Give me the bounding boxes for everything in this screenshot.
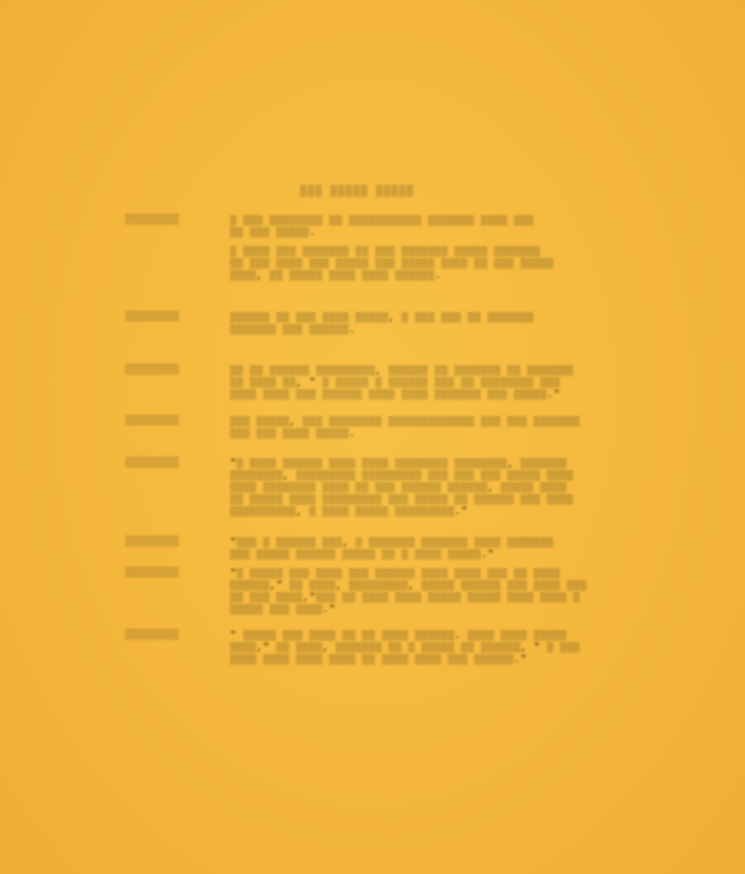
- entry-label: ▒▒▒▒▒▒▒▒▒: [125, 312, 220, 323]
- entry-label: ▒▒▒▒▒▒▒▒▒: [125, 630, 220, 641]
- entry-label: ▒▒▒▒▒▒▒▒▒: [125, 215, 220, 226]
- text-line: ▒▒▒ ▒▒▒▒▒, ▒▒▒ ▒▒▒▒▒▒▒▒ ▒▒▒▒▒▒▒▒▒▒▒▒▒ ▒▒…: [230, 416, 630, 428]
- text-line: "▒ ▒▒▒▒▒ ▒▒▒ ▒▒▒▒ ▒▒▒ ▒▒▒▒▒▒ ▒▒▒▒ ▒▒▒▒ ▒…: [230, 568, 630, 580]
- text-line: ▒▒▒▒ ▒▒▒▒ ▒▒▒ ▒▒▒▒▒▒ ▒▒▒▒ ▒▒▒▒ ▒▒▒▒▒▒▒ ▒…: [230, 389, 630, 401]
- text-line: ▒▒ ▒▒▒▒▒ ▒▒▒▒ ▒▒▒▒▒▒▒▒▒ ▒▒▒ ▒▒▒▒▒ ▒▒ ▒▒▒…: [230, 494, 630, 506]
- document-title: ▒▒▒ ▒▒▒▒▒ ▒▒▒▒▒: [300, 186, 414, 198]
- text-line: ▒▒▒▒ ▒▒▒▒▒▒▒▒ ▒▒▒▒ ▒▒ ▒▒▒ ▒▒▒▒▒▒ ▒▒▒▒▒▒,…: [230, 482, 630, 494]
- text-line: ▒▒▒▒, ▒▒ ▒▒▒▒▒ ▒▒▒▒ ▒▒▒▒ ▒▒▒▒▒▒.: [230, 270, 630, 282]
- text-line: ▒▒▒▒," ▒▒ ▒▒▒▒, ▒▒▒▒▒▒▒ ▒▒ ▒ ▒▒▒▒▒ ▒▒ ▒▒…: [230, 642, 630, 654]
- text-line: ▒▒▒▒▒▒▒ ▒▒▒ ▒▒▒▒▒▒.: [230, 324, 630, 336]
- text-line: ▒ ▒▒▒▒ ▒▒▒ ▒▒▒▒▒▒▒ ▒▒ ▒▒▒ ▒▒▒▒▒▒▒ ▒▒▒▒▒ …: [230, 246, 630, 258]
- text-line: ▒▒ ▒▒ ▒▒▒▒▒▒ ▒▒▒▒▒▒▒▒▒, ▒▒▒▒▒▒ ▒▒ ▒▒▒▒▒▒…: [230, 365, 630, 377]
- text-line: ▒▒▒▒▒▒▒▒, ▒▒▒▒▒▒▒▒▒ ▒▒▒▒▒▒▒▒▒ ▒▒▒ ▒▒▒ ▒▒…: [230, 470, 630, 482]
- text-line: ▒▒▒ ▒▒▒▒▒ ▒▒▒▒▒▒ ▒▒▒▒▒ ▒▒ ▒ ▒▒▒▒ ▒▒▒▒▒.": [230, 549, 630, 561]
- text-line: "▒▒▒ ▒ ▒▒▒▒▒▒ ▒▒▒, ▒ ▒▒▒▒▒▒▒ ▒▒▒▒▒▒▒ ▒▒▒…: [230, 537, 630, 549]
- entry-text: "▒ ▒▒▒▒▒ ▒▒▒ ▒▒▒▒ ▒▒▒ ▒▒▒▒▒▒ ▒▒▒▒ ▒▒▒▒ ▒…: [230, 568, 630, 616]
- text-line: ▒▒▒▒▒▒," ▒▒ ▒▒▒▒, ▒▒▒▒▒▒▒▒▒, ▒▒▒▒▒ ▒▒▒▒▒…: [230, 580, 630, 592]
- text-line: ▒▒ ▒▒▒ ▒▒▒▒,"▒▒▒ ▒▒ ▒▒▒▒ ▒▒▒▒ ▒▒▒▒▒ ▒▒▒▒…: [230, 592, 630, 604]
- text-line: ▒ ▒▒▒ ▒▒▒▒▒▒▒▒ ▒▒ ▒▒▒▒▒▒▒▒▒▒▒ ▒▒▒▒▒▒▒ ▒▒…: [230, 215, 630, 227]
- text-line: ▒▒▒▒ ▒▒▒▒ ▒▒▒▒ ▒▒▒▒ ▒▒ ▒▒▒▒ ▒▒▒▒ ▒▒▒ ▒▒▒…: [230, 654, 630, 666]
- text-line: ▒▒ ▒▒▒▒ ▒▒, " ▒ ▒▒▒▒▒ ▒ ▒▒▒▒▒▒ ▒▒▒ ▒▒ ▒▒…: [230, 377, 630, 389]
- text-line: "▒ ▒▒▒▒ ▒▒▒▒▒▒ ▒▒▒▒ ▒▒▒▒ ▒▒▒▒▒▒▒▒ ▒▒▒▒▒▒…: [230, 458, 630, 470]
- entry-text: " ▒▒▒▒▒ ▒▒▒ ▒▒▒▒ ▒▒ ▒▒ ▒▒▒▒ ▒▒▒▒▒▒. ▒▒▒▒…: [230, 630, 630, 666]
- text-line: ▒▒▒▒▒ ▒▒▒ ▒▒▒▒.": [230, 604, 630, 616]
- text-line: ▒▒ ▒▒▒ ▒▒▒▒▒.: [230, 227, 630, 239]
- text-line: ▒▒ ▒▒▒ ▒▒▒▒ ▒▒▒ ▒▒▒▒▒ ▒▒▒ ▒▒▒▒▒ ▒▒▒▒ ▒▒ …: [230, 258, 630, 270]
- entry-label: ▒▒▒▒▒▒▒▒▒: [125, 365, 220, 376]
- text-line: ▒▒▒ ▒▒▒ ▒▒▒▒ ▒▒▒▒▒.: [230, 428, 630, 440]
- entry-text: "▒▒▒ ▒ ▒▒▒▒▒▒ ▒▒▒, ▒ ▒▒▒▒▒▒▒ ▒▒▒▒▒▒▒ ▒▒▒…: [230, 537, 630, 561]
- entry-text: ▒▒▒ ▒▒▒▒▒, ▒▒▒ ▒▒▒▒▒▒▒▒ ▒▒▒▒▒▒▒▒▒▒▒▒▒ ▒▒…: [230, 416, 630, 440]
- entry-text: "▒ ▒▒▒▒ ▒▒▒▒▒▒ ▒▒▒▒ ▒▒▒▒ ▒▒▒▒▒▒▒▒ ▒▒▒▒▒▒…: [230, 458, 630, 518]
- entry-label: ▒▒▒▒▒▒▒▒▒: [125, 537, 220, 548]
- entry-text: ▒ ▒▒▒ ▒▒▒▒▒▒▒▒ ▒▒ ▒▒▒▒▒▒▒▒▒▒▒ ▒▒▒▒▒▒▒ ▒▒…: [230, 215, 630, 282]
- text-line: ▒▒▒▒▒▒▒▒▒▒, ▒ ▒▒▒▒ ▒▒▒▒▒ ▒▒▒▒▒▒▒▒▒.": [230, 506, 630, 518]
- text-line: " ▒▒▒▒▒ ▒▒▒ ▒▒▒▒ ▒▒ ▒▒ ▒▒▒▒ ▒▒▒▒▒▒. ▒▒▒▒…: [230, 630, 630, 642]
- entry-text: ▒▒▒▒▒▒ ▒▒ ▒▒▒ ▒▒▒▒ ▒▒▒▒▒, ▒ ▒▒▒ ▒▒▒ ▒▒ ▒…: [230, 312, 630, 336]
- typewritten-page: ▒▒▒ ▒▒▒▒▒ ▒▒▒▒▒ ▒▒▒▒▒▒▒▒▒▒ ▒▒▒ ▒▒▒▒▒▒▒▒ …: [0, 0, 745, 874]
- entry-label: ▒▒▒▒▒▒▒▒▒: [125, 416, 220, 427]
- entry-label: ▒▒▒▒▒▒▒▒▒: [125, 568, 220, 579]
- entry-label: ▒▒▒▒▒▒▒▒▒: [125, 458, 220, 469]
- entry-text: ▒▒ ▒▒ ▒▒▒▒▒▒ ▒▒▒▒▒▒▒▒▒, ▒▒▒▒▒▒ ▒▒ ▒▒▒▒▒▒…: [230, 365, 630, 401]
- text-line: ▒▒▒▒▒▒ ▒▒ ▒▒▒ ▒▒▒▒ ▒▒▒▒▒, ▒ ▒▒▒ ▒▒▒ ▒▒ ▒…: [230, 312, 630, 324]
